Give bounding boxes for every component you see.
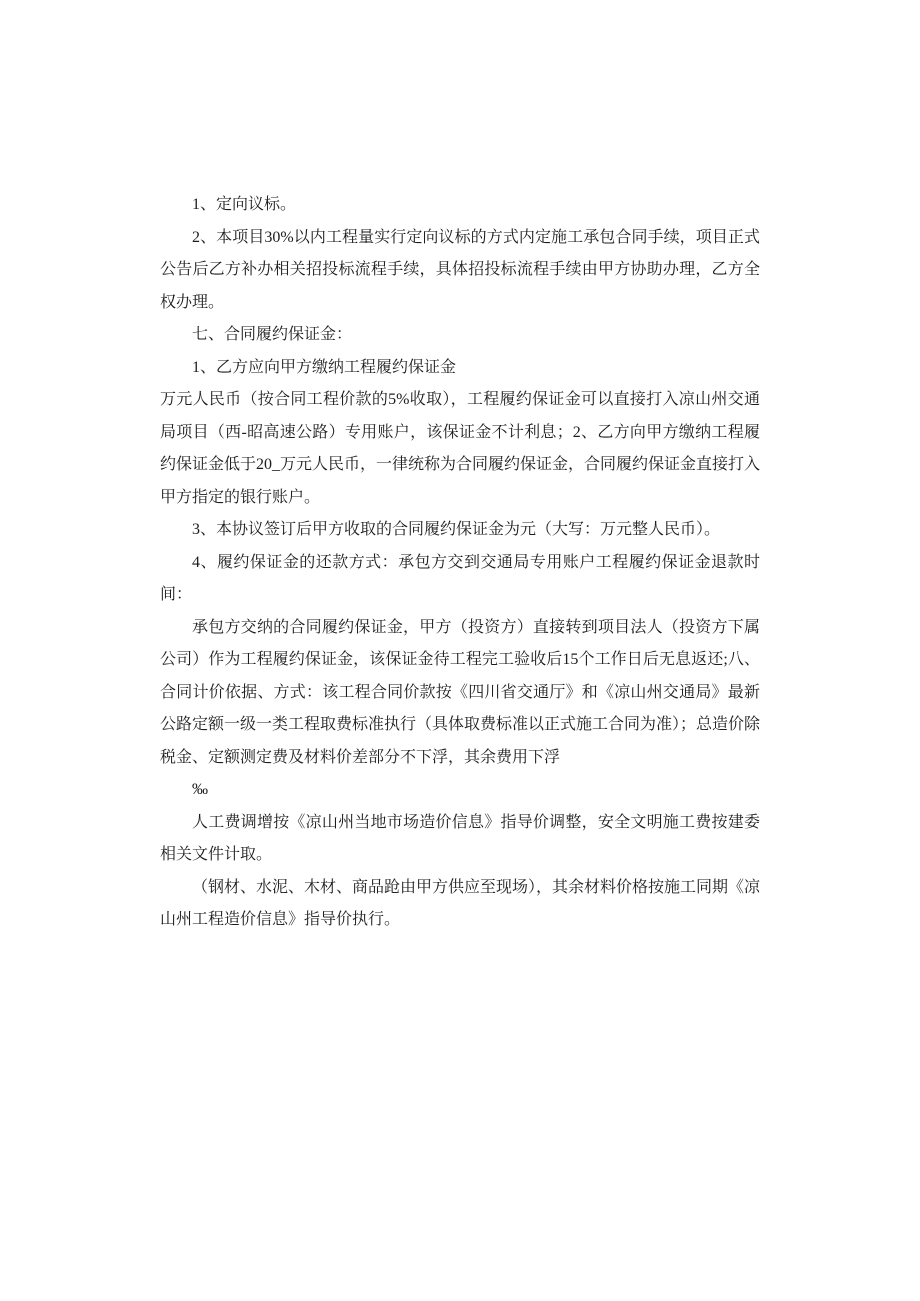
- document-page: 1、定向议标。2、本项目30%以内工程量实行定向议标的方式内定施工承包合同手续，…: [0, 0, 920, 1301]
- contract-text-block: 1、定向议标。2、本项目30%以内工程量实行定向议标的方式内定施工承包合同手续，…: [160, 189, 760, 937]
- paragraph: 4、履约保证金的还款方式：承包方交到交通局专用账户工程履约保证金退款时间：: [160, 547, 760, 612]
- paragraph: 3、本协议签订后甲方收取的合同履约保证金为元（大写：万元整人民币）。: [160, 514, 760, 547]
- paragraph: 1、乙方应向甲方缴纳工程履约保证金: [160, 352, 760, 385]
- paragraph: 1、定向议标。: [160, 189, 760, 222]
- paragraph: ‰: [160, 774, 760, 807]
- paragraph: 2、本项目30%以内工程量实行定向议标的方式内定施工承包合同手续，项目正式公告后…: [160, 222, 760, 320]
- paragraph: 人工费调增按《凉山州当地市场造价信息》指导价调整，安全文明施工费按建委相关文件计…: [160, 807, 760, 872]
- paragraph: 承包方交纳的合同履约保证金，甲方（投资方）直接转到项目法人（投资方下属公司）作为…: [160, 612, 760, 775]
- paragraph: 万元人民币（按合同工程价款的5%收取），工程履约保证金可以直接打入凉山州交通局项…: [160, 384, 760, 514]
- paragraph: 七、合同履约保证金：: [160, 319, 760, 352]
- paragraph: （钢材、水泥、木材、商品跄由甲方供应至现场），其余材料价格按施工同期《凉山州工程…: [160, 872, 760, 937]
